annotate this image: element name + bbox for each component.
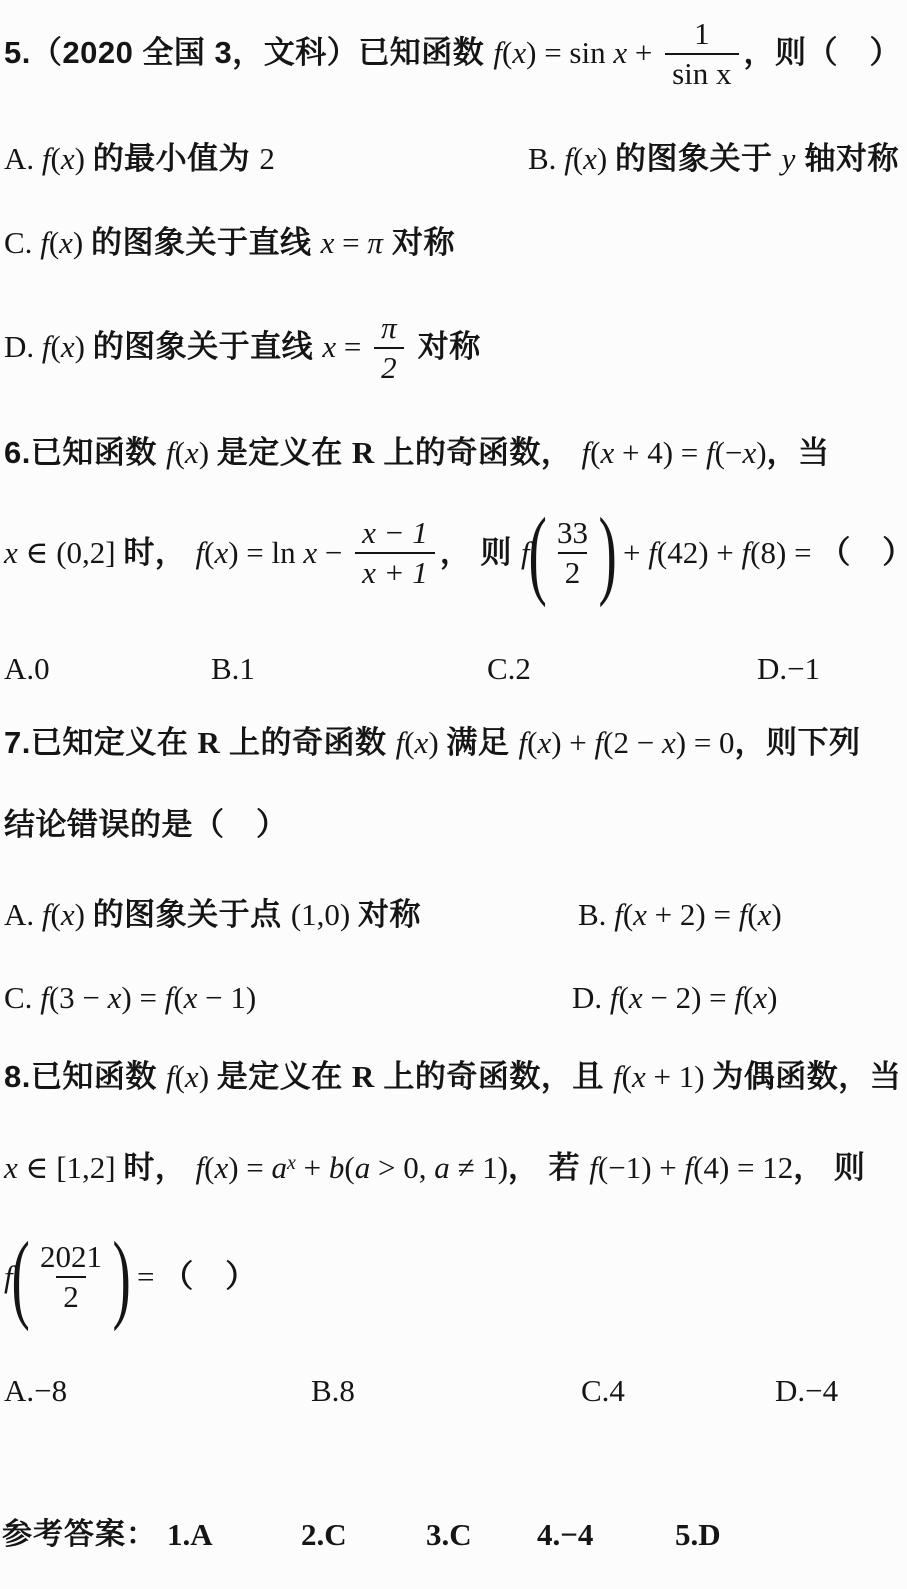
text-segment: (: [573, 140, 583, 179]
question-8-stem-line-1: 8.已知函数 f(x) 是定义在 R 上的奇函数，且 f(x + 1) 为偶函数…: [4, 1058, 901, 1097]
fraction-denominator: sin x: [665, 53, 738, 92]
text-segment: (: [590, 434, 600, 473]
question-5-option-b: B. f(x) 的图象关于 y 轴对称: [528, 140, 899, 179]
fraction-numerator: x − 1: [355, 515, 435, 552]
text-segment: f: [493, 34, 502, 73]
text-segment: x: [415, 724, 429, 763]
text-segment: x: [600, 434, 614, 473]
text-segment: (: [527, 724, 537, 763]
text-segment: （ ）: [819, 534, 907, 573]
question-6-stem-line-1: 6.已知函数 f(x) 是定义在 R 上的奇函数， f(x + 4) = f(−…: [4, 434, 830, 473]
text-segment: x: [59, 224, 73, 263]
question-6-option-a: A.0: [4, 650, 50, 689]
text-segment: 对称: [383, 224, 455, 263]
fraction-denominator: 2: [374, 347, 404, 386]
question-7-option-c: C. f(3 − x) = f(x − 1): [4, 979, 256, 1018]
text-segment: − 1): [197, 979, 256, 1018]
fraction-denominator: 2: [558, 552, 588, 591]
text-segment: (8) =: [750, 534, 819, 573]
text-segment: ，则（ ）: [744, 34, 902, 73]
text-segment: ， 则: [440, 534, 521, 573]
question-5-option-c: C. f(x) 的图象关于直线 x = π 对称: [4, 224, 455, 263]
text-segment: (: [51, 140, 61, 179]
text-segment: f: [42, 328, 51, 367]
fraction-numerator: 2021: [33, 1239, 109, 1276]
text-segment: f: [42, 140, 51, 179]
text-segment: f: [685, 1149, 694, 1188]
text-segment: f: [595, 724, 604, 763]
question-8-options-row: A.−8 B.8 C.4 D.−4: [0, 1372, 907, 1418]
fraction-numerator: π: [374, 310, 404, 347]
fraction-denominator: x + 1: [355, 552, 435, 591]
text-segment: 为偶函数，当: [712, 1058, 901, 1097]
text-segment: (42) +: [657, 534, 742, 573]
question-6-option-b: B.1: [211, 650, 255, 689]
text-segment: (−1) +: [598, 1149, 685, 1188]
question-8-stem-line-3: f(20212) = （ ）: [4, 1232, 257, 1322]
question-5-option-d: D. f(x) 的图象关于直线 x = π2 对称: [4, 310, 481, 385]
fraction-numerator: 1: [687, 16, 717, 53]
fraction: π2: [374, 310, 404, 385]
text-segment: ): [75, 896, 93, 935]
text-segment: f: [613, 1058, 622, 1097]
text-segment: x: [287, 1151, 296, 1176]
text-segment: x: [662, 724, 676, 763]
text-segment: f: [396, 724, 405, 763]
text-segment: (: [502, 34, 512, 73]
question-7-option-a: A. f(x) 的图象关于点 (1,0) 对称: [4, 896, 421, 935]
text-segment: D.: [572, 979, 610, 1018]
big-right-paren: ): [598, 508, 616, 598]
question-8-option-b: B.8: [311, 1372, 355, 1411]
text-segment: x: [629, 979, 643, 1018]
text-segment: > 0,: [370, 1149, 434, 1188]
question-6-stem-line-2: x ∈ (0,2] 时， f(x) = ln x − x − 1x + 1， 则…: [4, 508, 907, 598]
text-segment: ) =: [228, 1149, 271, 1188]
text-segment: x: [185, 1058, 199, 1097]
text-segment: f: [734, 979, 743, 1018]
text-segment: R: [352, 1058, 374, 1097]
text-segment: (: [622, 1058, 632, 1097]
text-segment: 是定义在: [217, 434, 352, 473]
text-segment: f: [166, 1058, 175, 1097]
text-segment: C.: [4, 224, 40, 263]
text-segment: ， 则: [793, 1149, 865, 1188]
text-segment: 上的奇函数，且: [374, 1058, 613, 1097]
text-segment: a: [355, 1149, 371, 1188]
text-segment: ): [767, 979, 777, 1018]
text-segment: f: [166, 434, 175, 473]
text-segment: 结论错误的是（ ）: [4, 806, 288, 845]
text-segment: (4) = 12: [693, 1149, 793, 1188]
text-segment: −: [317, 534, 350, 573]
fraction-numerator: 33: [550, 515, 595, 552]
text-segment: ∈ [1,2]: [18, 1149, 124, 1188]
text-segment: ，则下列: [735, 724, 861, 763]
text-segment: f: [195, 534, 204, 573]
exam-sheet: 5.（2020 全国 3，文科）已知函数 f(x) = sin x + 1sin…: [0, 0, 907, 1589]
text-segment: ≠ 1): [450, 1149, 508, 1188]
text-segment: (: [404, 724, 414, 763]
text-segment: f: [519, 724, 528, 763]
text-segment: 的图象关于: [615, 140, 782, 179]
text-segment: f: [614, 896, 623, 935]
text-segment: A.: [4, 896, 42, 935]
text-segment: f: [40, 224, 49, 263]
text-segment: ) = ln: [228, 534, 303, 573]
text-segment: =: [334, 224, 367, 263]
text-segment: 的图象关于直线: [91, 224, 321, 263]
text-segment: D.: [4, 328, 42, 367]
text-segment: 是定义在: [217, 1058, 352, 1097]
text-segment: f: [610, 979, 619, 1018]
text-segment: (: [204, 534, 214, 573]
text-segment: x: [512, 34, 526, 73]
text-segment: y: [782, 140, 796, 179]
question-5-options-row-1: A. f(x) 的最小值为 2 B. f(x) 的图象关于 y 轴对称: [0, 140, 907, 186]
text-segment: x: [537, 724, 551, 763]
text-segment: ) =: [121, 979, 164, 1018]
question-8-option-a: A.−8: [4, 1372, 67, 1411]
text-segment: f: [589, 1149, 598, 1188]
text-segment: f: [739, 896, 748, 935]
text-segment: (1,0): [291, 896, 358, 935]
text-segment: ∈ (0,2]: [18, 534, 124, 573]
question-8-stem-line-2: x ∈ [1,2] 时， f(x) = ax + b(a > 0, a ≠ 1)…: [4, 1149, 865, 1188]
text-segment: − 2) =: [643, 979, 735, 1018]
big-left-paren: (: [11, 1232, 29, 1322]
question-6-options-row: A.0 B.1 C.2 D.−1: [0, 650, 907, 696]
reference-answers-label: 参考答案：: [2, 1516, 157, 1554]
question-6-option-d: D.−1: [757, 650, 820, 689]
text-segment: f: [706, 434, 715, 473]
text-segment: 上的奇函数，: [374, 434, 581, 473]
text-segment: (: [51, 896, 61, 935]
text-segment: π: [367, 224, 383, 263]
reference-answer-2: 2.C: [301, 1516, 347, 1555]
text-segment: （ ）: [162, 1258, 257, 1297]
fraction: x − 1x + 1: [355, 515, 435, 590]
text-segment: ): [597, 140, 615, 179]
question-7-options-row-1: A. f(x) 的图象关于点 (1,0) 对称 B. f(x + 2) = f(…: [0, 896, 907, 942]
text-segment: 7.已知定义在: [4, 724, 197, 763]
text-segment: ): [428, 724, 446, 763]
text-segment: ， 若: [508, 1149, 589, 1188]
text-segment: R: [352, 434, 374, 473]
question-8-option-c: C.4: [581, 1372, 625, 1411]
text-segment: (: [619, 979, 629, 1018]
question-5-option-a: A. f(x) 的最小值为 2: [4, 140, 275, 179]
text-segment: (: [51, 328, 61, 367]
text-segment: f: [742, 534, 751, 573]
text-segment: (3 −: [49, 979, 108, 1018]
text-segment: f: [40, 979, 49, 1018]
fraction: 1sin x: [665, 16, 738, 91]
text-segment: 5.（2020 全国 3，文科）已知函数: [4, 34, 493, 73]
text-segment: C.: [4, 979, 40, 1018]
reference-answers-row: 参考答案： 1.A 2.C 3.C 4.−4 5.D: [0, 1516, 907, 1562]
text-segment: (: [623, 896, 633, 935]
question-7-stem-line-1: 7.已知定义在 R 上的奇函数 f(x) 满足 f(x) + f(2 − x) …: [4, 724, 861, 763]
fraction-denominator: 2: [56, 1276, 86, 1315]
text-segment: (−: [715, 434, 743, 473]
text-segment: ): [756, 434, 766, 473]
text-segment: x: [321, 224, 335, 263]
text-segment: (: [344, 1149, 354, 1188]
text-segment: 时，: [123, 534, 195, 573]
text-segment: f: [564, 140, 573, 179]
reference-answer-1: 1.A: [167, 1516, 213, 1555]
text-segment: 对称: [409, 328, 481, 367]
text-segment: 轴对称: [795, 140, 899, 179]
question-5-stem: 5.（2020 全国 3，文科）已知函数 f(x) = sin x + 1sin…: [4, 16, 901, 91]
text-segment: +: [627, 34, 660, 73]
text-segment: +: [296, 1149, 329, 1188]
text-segment: 对称: [358, 896, 421, 935]
question-8-option-d: D.−4: [775, 1372, 838, 1411]
text-segment: ) +: [551, 724, 594, 763]
text-segment: x: [214, 1149, 228, 1188]
text-segment: (2 −: [603, 724, 662, 763]
text-segment: 的最小值为: [93, 140, 260, 179]
fraction: 332: [550, 515, 595, 590]
text-segment: A.: [4, 140, 42, 179]
question-7-stem-line-2: 结论错误的是（ ）: [4, 806, 288, 845]
text-segment: x: [108, 979, 122, 1018]
text-segment: ) = sin: [526, 34, 613, 73]
text-segment: 2: [259, 140, 275, 179]
text-segment: x: [61, 896, 75, 935]
text-segment: x: [303, 534, 317, 573]
text-segment: f: [648, 534, 657, 573]
text-segment: 上的奇函数: [220, 724, 396, 763]
text-segment: ): [75, 328, 93, 367]
text-segment: f: [195, 1149, 204, 1188]
text-segment: 8.已知函数: [4, 1058, 166, 1097]
text-segment: x: [753, 979, 767, 1018]
text-segment: + 4) =: [614, 434, 706, 473]
text-segment: ): [199, 434, 217, 473]
text-segment: x: [742, 434, 756, 473]
question-7-options-row-2: C. f(3 − x) = f(x − 1) D. f(x − 2) = f(x…: [0, 979, 907, 1025]
text-segment: +: [615, 534, 648, 573]
text-segment: ): [199, 1058, 217, 1097]
reference-answer-5: 5.D: [675, 1516, 721, 1555]
text-segment: (: [743, 979, 753, 1018]
text-segment: =: [129, 1258, 162, 1297]
text-segment: f: [42, 896, 51, 935]
text-segment: + 1): [646, 1058, 713, 1097]
text-segment: x: [632, 1058, 646, 1097]
text-segment: (: [175, 434, 185, 473]
text-segment: ): [771, 896, 781, 935]
text-segment: 6.已知函数: [4, 434, 166, 473]
text-segment: b: [329, 1149, 345, 1188]
text-segment: x: [4, 1149, 18, 1188]
text-segment: x: [322, 328, 336, 367]
text-segment: (: [173, 979, 183, 1018]
text-segment: 的图象关于直线: [93, 328, 323, 367]
text-segment: 的图象关于点: [93, 896, 291, 935]
text-segment: x: [185, 434, 199, 473]
text-segment: x: [61, 328, 75, 367]
text-segment: ) = 0: [676, 724, 735, 763]
text-segment: B.: [578, 896, 614, 935]
text-segment: ): [75, 140, 93, 179]
text-segment: 时，: [123, 1149, 195, 1188]
text-segment: f: [165, 979, 174, 1018]
text-segment: f: [582, 434, 591, 473]
text-segment: ): [73, 224, 91, 263]
text-segment: x: [633, 896, 647, 935]
question-7-option-d: D. f(x − 2) = f(x): [572, 979, 777, 1018]
text-segment: x: [613, 34, 627, 73]
big-left-paren: (: [528, 508, 546, 598]
question-7-option-b: B. f(x + 2) = f(x): [578, 896, 782, 935]
text-segment: R: [197, 724, 219, 763]
text-segment: =: [336, 328, 369, 367]
text-segment: (: [175, 1058, 185, 1097]
big-right-paren: ): [112, 1232, 130, 1322]
question-6-option-c: C.2: [487, 650, 531, 689]
text-segment: x: [758, 896, 772, 935]
text-segment: (: [747, 896, 757, 935]
text-segment: x: [61, 140, 75, 179]
reference-answer-3: 3.C: [426, 1516, 472, 1555]
text-segment: 满足: [446, 724, 518, 763]
text-segment: (: [49, 224, 59, 263]
text-segment: + 2) =: [647, 896, 739, 935]
text-segment: x: [4, 534, 18, 573]
text-segment: ，当: [767, 434, 830, 473]
text-segment: x: [184, 979, 198, 1018]
reference-answer-4: 4.−4: [537, 1516, 593, 1555]
text-segment: (: [204, 1149, 214, 1188]
fraction: 20212: [33, 1239, 109, 1314]
text-segment: x: [583, 140, 597, 179]
text-segment: B.: [528, 140, 564, 179]
text-segment: a: [434, 1149, 450, 1188]
text-segment: x: [214, 534, 228, 573]
text-segment: a: [272, 1149, 288, 1188]
